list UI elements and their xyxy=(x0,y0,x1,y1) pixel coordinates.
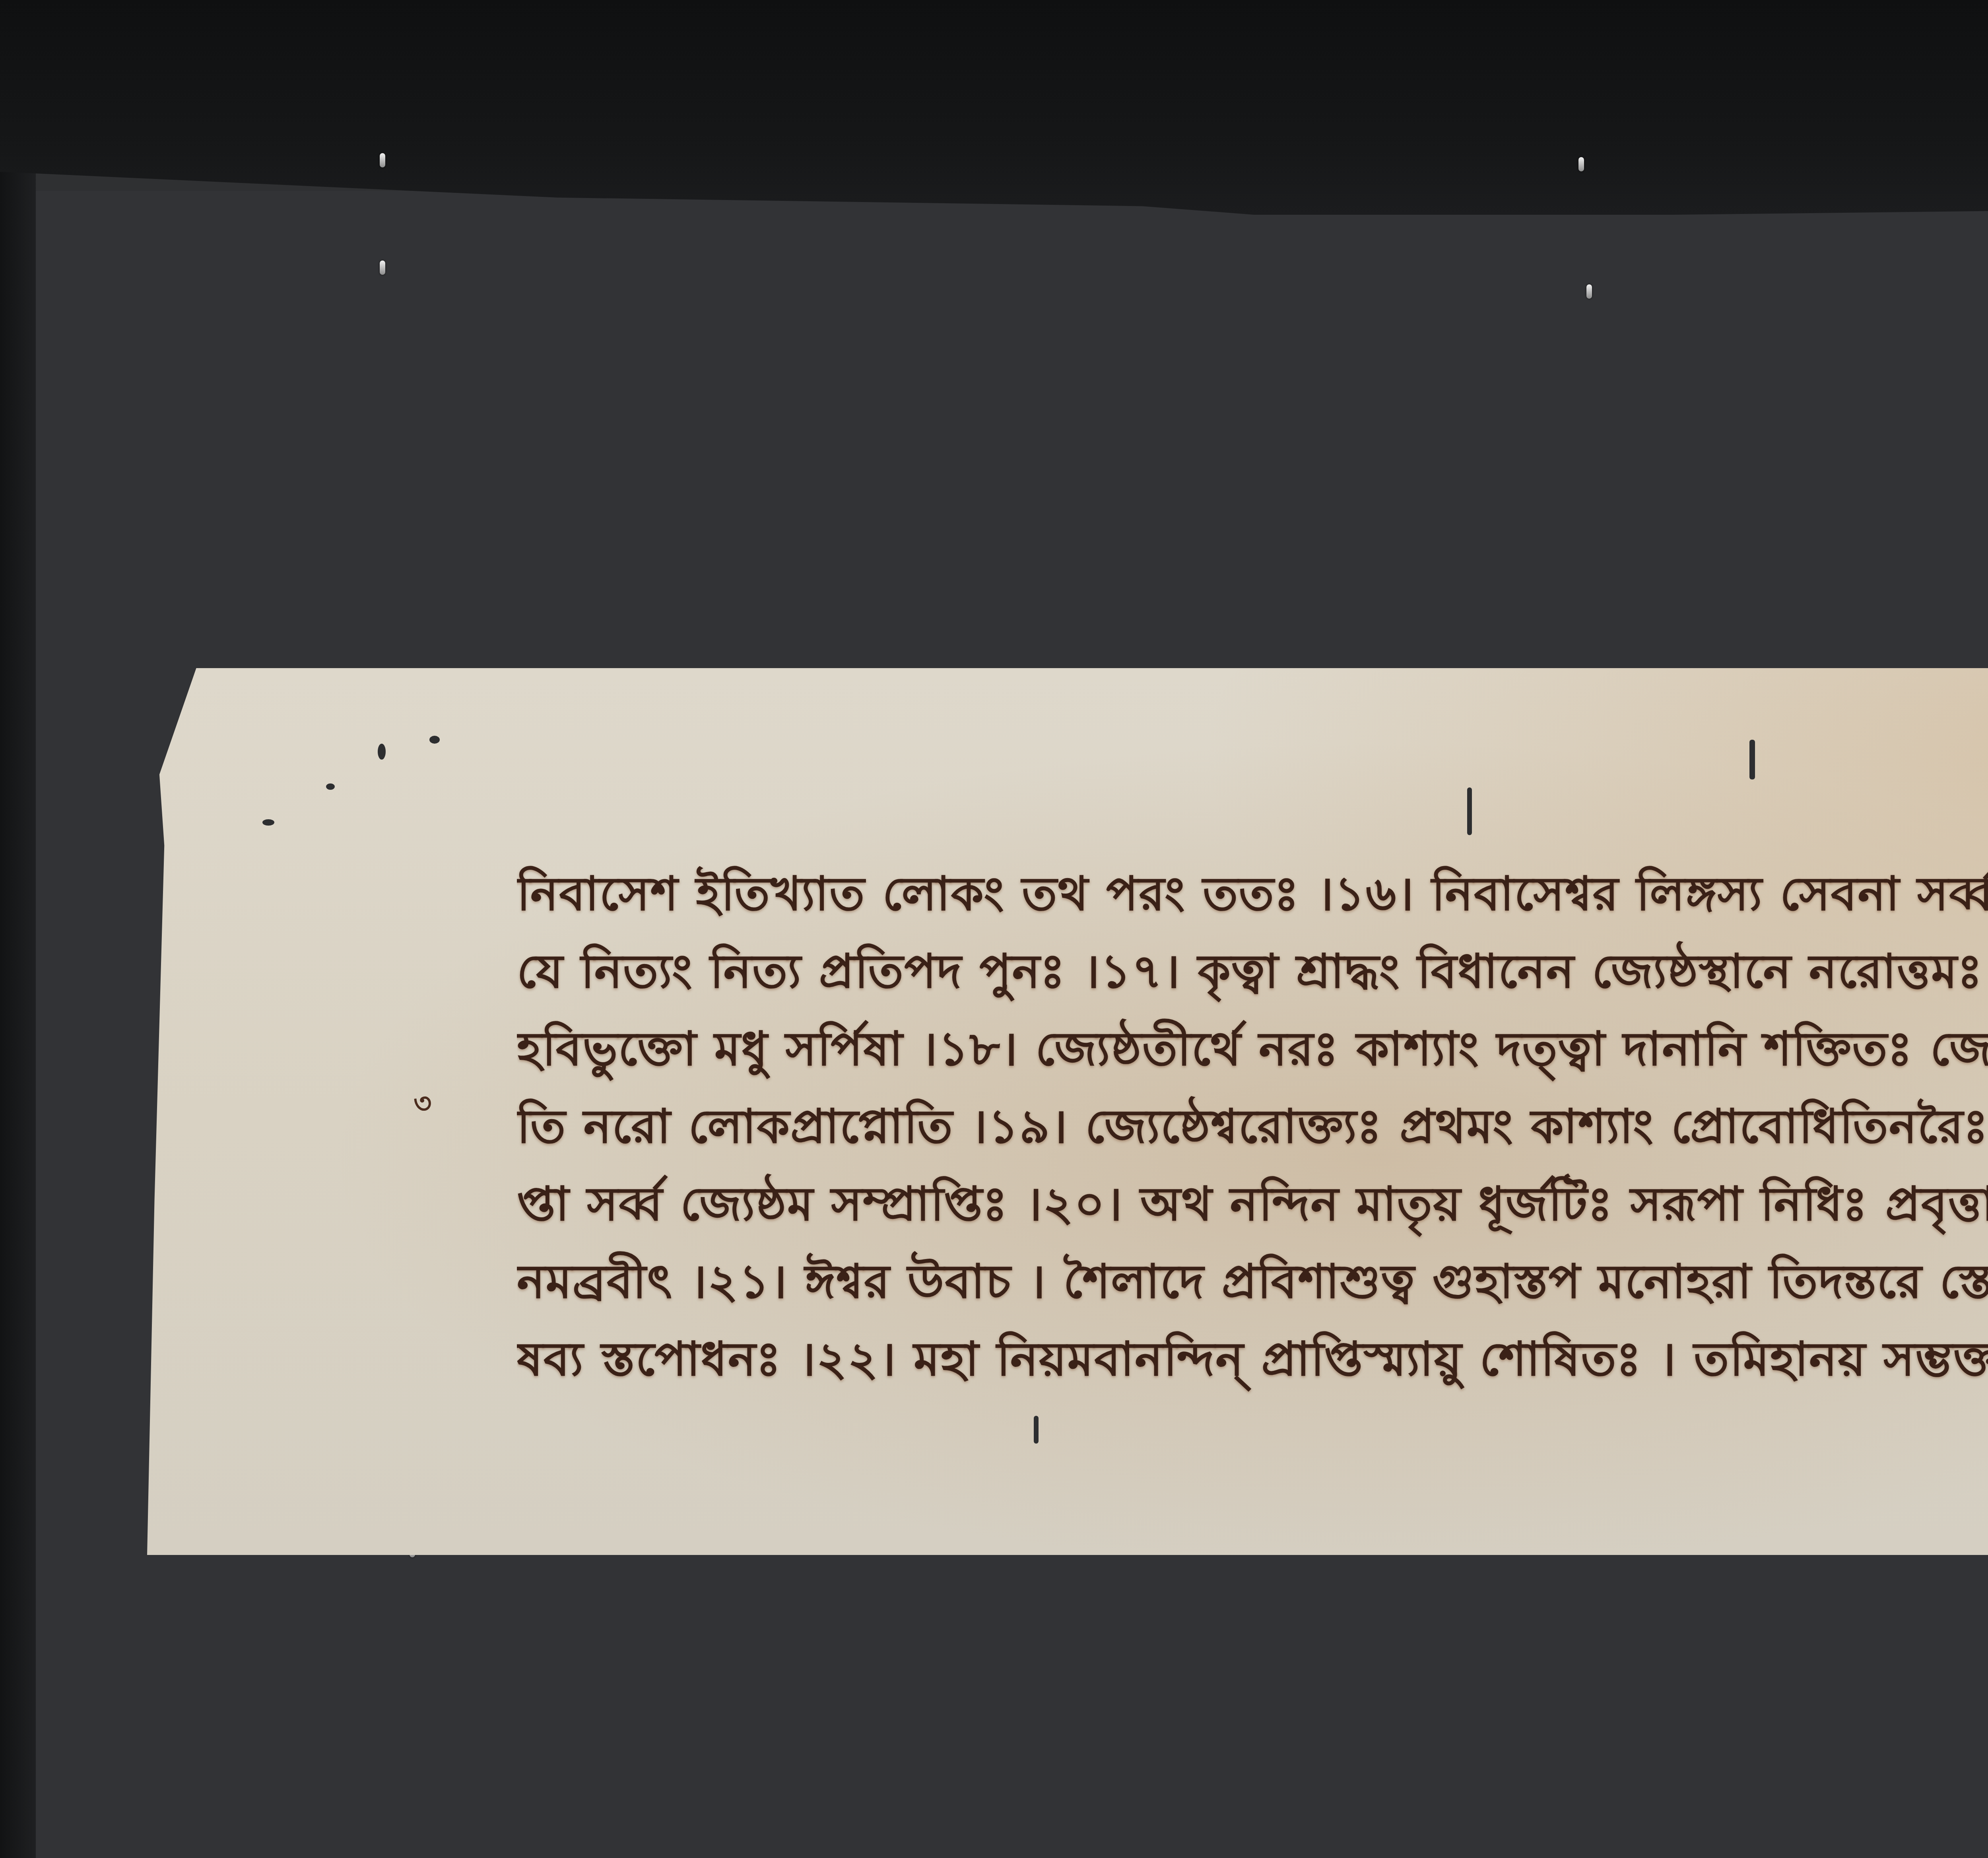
wormhole xyxy=(1467,787,1472,835)
folio-number: ৩ xyxy=(414,1082,432,1128)
wormhole xyxy=(1749,740,1755,779)
pin-icon xyxy=(1586,284,1592,299)
wormhole xyxy=(429,736,440,744)
manuscript-text: নিবাসেশ ইতিখ্যাত লোকং তথ পরং ততঃ ।১৬। নি… xyxy=(517,855,1988,1398)
text-line-1: নিবাসেশ ইতিখ্যাত লোকং তথ পরং ততঃ ।১৬। নি… xyxy=(517,855,1988,933)
text-line-3: হবিভুক্তো মধু সর্পিষা ।১৮। জ্যেষ্ঠতীর্থে… xyxy=(517,1010,1988,1088)
text-line-2: যে নিত্যং নিত্য প্রতিপদ পুনঃ ।১৭। কৃত্বা… xyxy=(517,933,1988,1010)
mount-left-edge xyxy=(0,0,36,1858)
text-line-6: নমব্রবীৎ ।২১। ঈশ্বর উবাচ । শৈলাদে প্রবিশ… xyxy=(517,1243,1988,1320)
wormhole xyxy=(262,819,274,826)
pin-icon xyxy=(380,260,385,275)
wormhole xyxy=(1034,1416,1039,1444)
pin-icon xyxy=(380,153,385,167)
text-line-5: প্তা সর্ব্ব জ্যেষ্ঠম সম্প্রাপ্তিঃ ।২০। অ… xyxy=(517,1165,1988,1243)
pin-icon xyxy=(1578,157,1584,171)
mount-top-flap xyxy=(0,0,1988,215)
text-line-4: তি নরো লোকপ্রাপ্নোতি ।১৯। জ্যেষ্ঠেশ্বরোক… xyxy=(517,1088,1988,1165)
wormhole xyxy=(326,783,335,790)
wormhole xyxy=(378,744,386,760)
text-line-7: ষব্য স্তপোধনঃ ।২২। মহা নিয়মবানন্দিন্ প্… xyxy=(517,1320,1988,1398)
